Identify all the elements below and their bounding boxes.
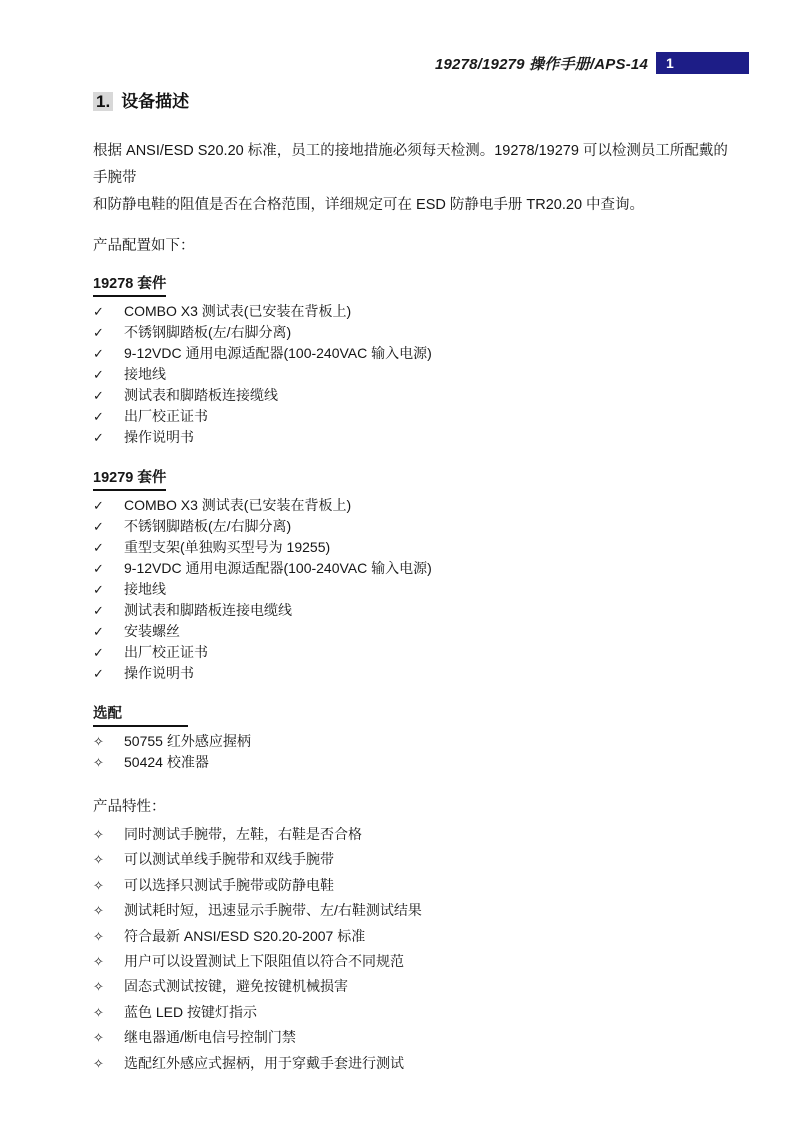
kit-section: 19278 套件✓COMBO X3 测试表(已安装在背板上)✓不锈钢脚踏板(左/… — [93, 275, 732, 448]
intro-line: 根据 ANSI/ESD S20.20 标准，员工的接地措施必须每天检测。1927… — [93, 138, 732, 192]
check-icon: ✓ — [93, 322, 124, 343]
list-item: ✓9-12VDC 通用电源适配器(100-240VAC 输入电源) — [93, 558, 732, 579]
list-item: ✧用户可以设置测试上下限阻值以符合不同规范 — [93, 949, 732, 974]
list-item: ✧可以选择只测试手腕带或防静电鞋 — [93, 873, 732, 898]
list-item: ✧继电器通/断电信号控制门禁 — [93, 1025, 732, 1050]
item-text: 用户可以设置测试上下限阻值以符合不同规范 — [124, 949, 732, 974]
list-item: ✓安装螺丝 — [93, 621, 732, 642]
item-text: COMBO X3 测试表(已安装在背板上) — [124, 301, 732, 322]
check-icon: ✓ — [93, 558, 124, 579]
item-text: 可以选择只测试手腕带或防静电鞋 — [124, 873, 732, 898]
page-header: 19278/19279 操作手册/APS-14 1 — [0, 52, 749, 74]
item-text: 同时测试手腕带，左鞋，右鞋是否合格 — [124, 822, 732, 847]
item-text: COMBO X3 测试表(已安装在背板上) — [124, 495, 732, 516]
item-text: 选配红外感应式握柄，用于穿戴手套进行测试 — [124, 1051, 732, 1076]
list-item: ✓出厂校正证书 — [93, 406, 732, 427]
item-text: 可以测试单线手腕带和双线手腕带 — [124, 847, 732, 872]
item-text: 50424 校准器 — [124, 752, 732, 773]
kit-sections: 19278 套件✓COMBO X3 测试表(已安装在背板上)✓不锈钢脚踏板(左/… — [93, 275, 732, 773]
item-text: 9-12VDC 通用电源适配器(100-240VAC 输入电源) — [124, 343, 732, 364]
list-item: ✧选配红外感应式握柄，用于穿戴手套进行测试 — [93, 1051, 732, 1076]
item-list: ✧50755 红外感应握柄✧50424 校准器 — [93, 731, 732, 773]
diamond-icon: ✧ — [93, 752, 124, 773]
check-icon: ✓ — [93, 343, 124, 364]
intro-line: 和防静电鞋的阻值是否在合格范围，详细规定可在 ESD 防静电手册 TR20.20… — [93, 192, 732, 219]
list-item: ✓操作说明书 — [93, 663, 732, 684]
features-list: ✧同时测试手腕带，左鞋，右鞋是否合格✧可以测试单线手腕带和双线手腕带✧可以选择只… — [93, 822, 732, 1076]
item-text: 9-12VDC 通用电源适配器(100-240VAC 输入电源) — [124, 558, 732, 579]
check-icon: ✓ — [93, 385, 124, 406]
check-icon: ✓ — [93, 495, 124, 516]
item-text: 50755 红外感应握柄 — [124, 731, 732, 752]
list-item: ✧可以测试单线手腕带和双线手腕带 — [93, 847, 732, 872]
list-item: ✓测试表和脚踏板连接缆线 — [93, 385, 732, 406]
kit-section: 选配✧50755 红外感应握柄✧50424 校准器 — [93, 705, 732, 773]
list-item: ✓接地线 — [93, 364, 732, 385]
heading-text: 设备描述 — [121, 92, 189, 111]
section-title: 选配 — [93, 705, 188, 727]
section-title: 19278 套件 — [93, 275, 166, 297]
list-item: ✧符合最新 ANSI/ESD S20.20-2007 标准 — [93, 924, 732, 949]
item-text: 重型支架(单独购买型号为 19255) — [124, 537, 732, 558]
list-item: ✓重型支架(单独购买型号为 19255) — [93, 537, 732, 558]
item-text: 操作说明书 — [124, 427, 732, 448]
check-icon: ✓ — [93, 621, 124, 642]
check-icon: ✓ — [93, 427, 124, 448]
diamond-icon: ✧ — [93, 1051, 124, 1076]
list-item: ✧50755 红外感应握柄 — [93, 731, 732, 752]
list-item: ✧同时测试手腕带，左鞋，右鞋是否合格 — [93, 822, 732, 847]
item-list: ✓COMBO X3 测试表(已安装在背板上)✓不锈钢脚踏板(左/右脚分离)✓重型… — [93, 495, 732, 684]
list-item: ✓不锈钢脚踏板(左/右脚分离) — [93, 322, 732, 343]
check-icon: ✓ — [93, 537, 124, 558]
section-heading: 1.设备描述 — [93, 90, 732, 114]
item-text: 固态式测试按键，避免按键机械损害 — [124, 974, 732, 999]
list-item: ✓9-12VDC 通用电源适配器(100-240VAC 输入电源) — [93, 343, 732, 364]
list-item: ✓不锈钢脚踏板(左/右脚分离) — [93, 516, 732, 537]
list-item: ✧50424 校准器 — [93, 752, 732, 773]
check-icon: ✓ — [93, 516, 124, 537]
list-item: ✧蓝色 LED 按键灯指示 — [93, 1000, 732, 1025]
item-text: 操作说明书 — [124, 663, 732, 684]
check-icon: ✓ — [93, 406, 124, 427]
list-item: ✓测试表和脚踏板连接电缆线 — [93, 600, 732, 621]
page-number: 1 — [666, 55, 674, 71]
header-title: 19278/19279 操作手册/APS-14 — [435, 53, 648, 74]
diamond-icon: ✧ — [93, 1000, 124, 1025]
list-item: ✧固态式测试按键，避免按键机械损害 — [93, 974, 732, 999]
item-text: 测试表和脚踏板连接缆线 — [124, 385, 732, 406]
item-text: 接地线 — [124, 364, 732, 385]
features-title: 产品特性： — [93, 795, 732, 820]
item-text: 继电器通/断电信号控制门禁 — [124, 1025, 732, 1050]
item-text: 测试耗时短，迅速显示手腕带、左/右鞋测试结果 — [124, 898, 732, 923]
heading-number: 1. — [93, 92, 113, 111]
diamond-icon: ✧ — [93, 924, 124, 949]
list-item: ✓COMBO X3 测试表(已安装在背板上) — [93, 495, 732, 516]
check-icon: ✓ — [93, 642, 124, 663]
item-text: 安装螺丝 — [124, 621, 732, 642]
diamond-icon: ✧ — [93, 822, 124, 847]
check-icon: ✓ — [93, 663, 124, 684]
check-icon: ✓ — [93, 301, 124, 322]
list-item: ✓COMBO X3 测试表(已安装在背板上) — [93, 301, 732, 322]
item-text: 出厂校正证书 — [124, 406, 732, 427]
item-text: 不锈钢脚踏板(左/右脚分离) — [124, 322, 732, 343]
list-item: ✓操作说明书 — [93, 427, 732, 448]
features-section: 产品特性： ✧同时测试手腕带，左鞋，右鞋是否合格✧可以测试单线手腕带和双线手腕带… — [93, 795, 732, 1076]
diamond-icon: ✧ — [93, 1025, 124, 1050]
page-content: 1.设备描述 根据 ANSI/ESD S20.20 标准，员工的接地措施必须每天… — [93, 90, 732, 1076]
item-text: 蓝色 LED 按键灯指示 — [124, 1000, 732, 1025]
item-text: 测试表和脚踏板连接电缆线 — [124, 600, 732, 621]
section-title: 19279 套件 — [93, 469, 166, 491]
list-item: ✓接地线 — [93, 579, 732, 600]
item-text: 不锈钢脚踏板(左/右脚分离) — [124, 516, 732, 537]
diamond-icon: ✧ — [93, 731, 124, 752]
diamond-icon: ✧ — [93, 898, 124, 923]
item-text: 出厂校正证书 — [124, 642, 732, 663]
config-intro: 产品配置如下： — [93, 229, 732, 254]
list-item: ✓出厂校正证书 — [93, 642, 732, 663]
item-text: 符合最新 ANSI/ESD S20.20-2007 标准 — [124, 924, 732, 949]
kit-section: 19279 套件✓COMBO X3 测试表(已安装在背板上)✓不锈钢脚踏板(左/… — [93, 469, 732, 684]
intro-paragraph: 根据 ANSI/ESD S20.20 标准，员工的接地措施必须每天检测。1927… — [93, 138, 732, 219]
list-item: ✧测试耗时短，迅速显示手腕带、左/右鞋测试结果 — [93, 898, 732, 923]
item-list: ✓COMBO X3 测试表(已安装在背板上)✓不锈钢脚踏板(左/右脚分离)✓9-… — [93, 301, 732, 448]
diamond-icon: ✧ — [93, 974, 124, 999]
page-number-badge: 1 — [656, 52, 749, 74]
diamond-icon: ✧ — [93, 847, 124, 872]
check-icon: ✓ — [93, 364, 124, 385]
item-text: 接地线 — [124, 579, 732, 600]
check-icon: ✓ — [93, 579, 124, 600]
check-icon: ✓ — [93, 600, 124, 621]
document-page: 19278/19279 操作手册/APS-14 1 1.设备描述 根据 ANSI… — [0, 0, 800, 1131]
diamond-icon: ✧ — [93, 873, 124, 898]
diamond-icon: ✧ — [93, 949, 124, 974]
